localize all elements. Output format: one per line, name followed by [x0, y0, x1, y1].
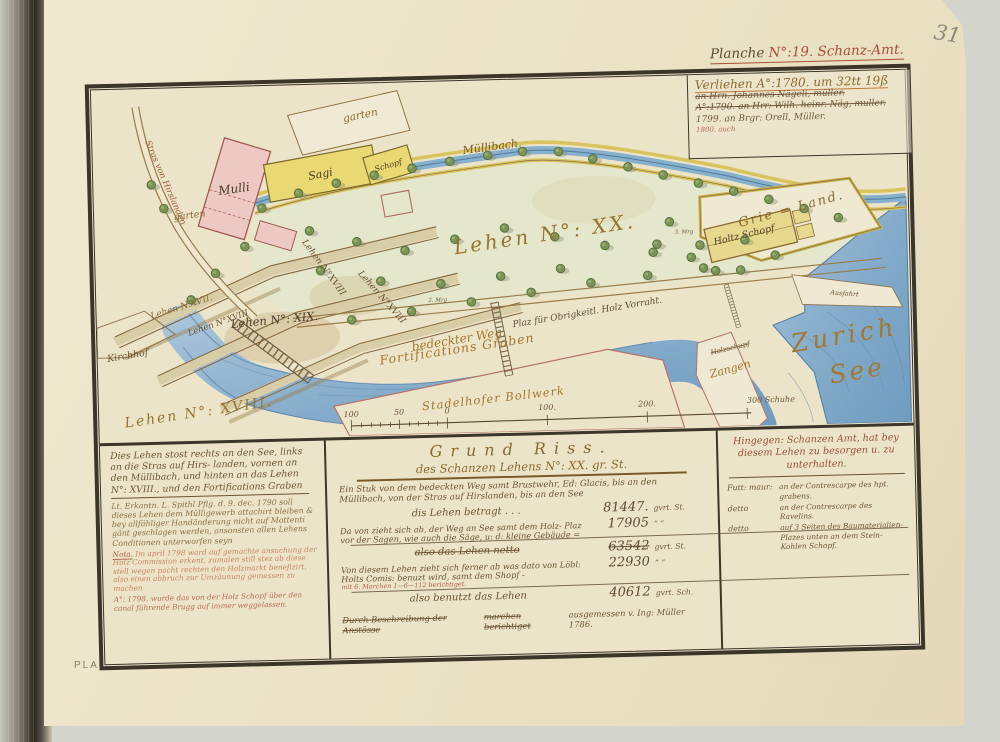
- label-marker-a: 3. Mrg: [675, 229, 694, 235]
- bridge-ladder: [724, 284, 741, 328]
- nota-text: Im april 1798 ward auf gemachte ansuchun…: [113, 545, 317, 593]
- footer-left: Durch Beschreibung der Anstösse: [342, 612, 484, 636]
- plan-frame: Stras von Hirslanden garten garten Mulli…: [85, 64, 926, 671]
- label-holz-vorrath: Plaz für Obrigkeitl. Holz Vorraht.: [511, 296, 663, 331]
- left-paragraph-2: Lt. Erkantn. L. Spithl Pflg. d. 9. dec. …: [111, 497, 318, 548]
- left-nota: Nota. Im april 1798 ward auf gemachte an…: [113, 546, 320, 593]
- footer-right: ausgemessen v. Ing: Müller 1786.: [568, 606, 708, 630]
- map-area: Stras von Hirslanden garten garten Mulli…: [91, 70, 914, 442]
- scale-tick-0: 0: [444, 406, 449, 415]
- label-kirchhof: Kirchhof: [105, 347, 150, 365]
- text-panels: Dies Lehen stost rechts an den See, link…: [100, 423, 919, 665]
- grant-note-box: Verliehen A°:1780. um 32tt 19ß an Hrn. J…: [687, 70, 912, 160]
- page-edge-lines: [8, 0, 38, 742]
- plate-title-word1: Planche: [710, 45, 765, 62]
- scale-tick-200: 200.: [637, 399, 656, 408]
- right-panel: Hingegen: Schanzen Amt, hat bey diesem L…: [718, 426, 919, 649]
- scale-tick-50: 50: [394, 408, 404, 417]
- right-item-1: Futt: maur: an der Contrescarpe des hpt.…: [727, 479, 907, 502]
- right-item-2: detto an der Contrescarpe des Ravelins.: [728, 500, 908, 523]
- value-81447: 81447.: [592, 499, 648, 515]
- value-40612: 40612: [595, 585, 651, 601]
- label-lehen-xviii-big: Lehen N°: XVIII.: [123, 394, 275, 432]
- scale-tick-100r: 100.: [538, 403, 556, 412]
- value-17905: 17905: [593, 515, 649, 531]
- right-header: Hingegen: Schanzen Amt, hat bey diesem L…: [728, 432, 905, 479]
- value-22930: 22930: [594, 554, 650, 570]
- footer-struck: marchen berichtiget: [484, 610, 569, 632]
- pencil-page-number: 31: [932, 20, 962, 48]
- left-paragraph-4: A°: 1798. wurde das von der Holz Schopf …: [114, 591, 320, 613]
- label-marker-b: 2. Mrg: [427, 297, 447, 304]
- plate-title-word2: N°:19. Schanz-Amt.: [768, 42, 903, 61]
- scale-tick-100l: 100: [343, 410, 359, 419]
- scale-tick-300: 300 Schuhe: [747, 395, 795, 405]
- right-item-3: detto auf 3 Seiten des Baumaterialien- P…: [728, 520, 909, 552]
- value-63542: 63542: [593, 538, 649, 554]
- left-panel: Dies Lehen stost rechts an den See, link…: [100, 441, 331, 665]
- center-footer: Durch Beschreibung der Anstösse marchen …: [342, 606, 708, 635]
- plan-frame-inner: Stras von Hirslanden garten garten Mulli…: [90, 69, 920, 665]
- left-paragraph-1: Dies Lehen stost rechts an den See, link…: [110, 446, 317, 496]
